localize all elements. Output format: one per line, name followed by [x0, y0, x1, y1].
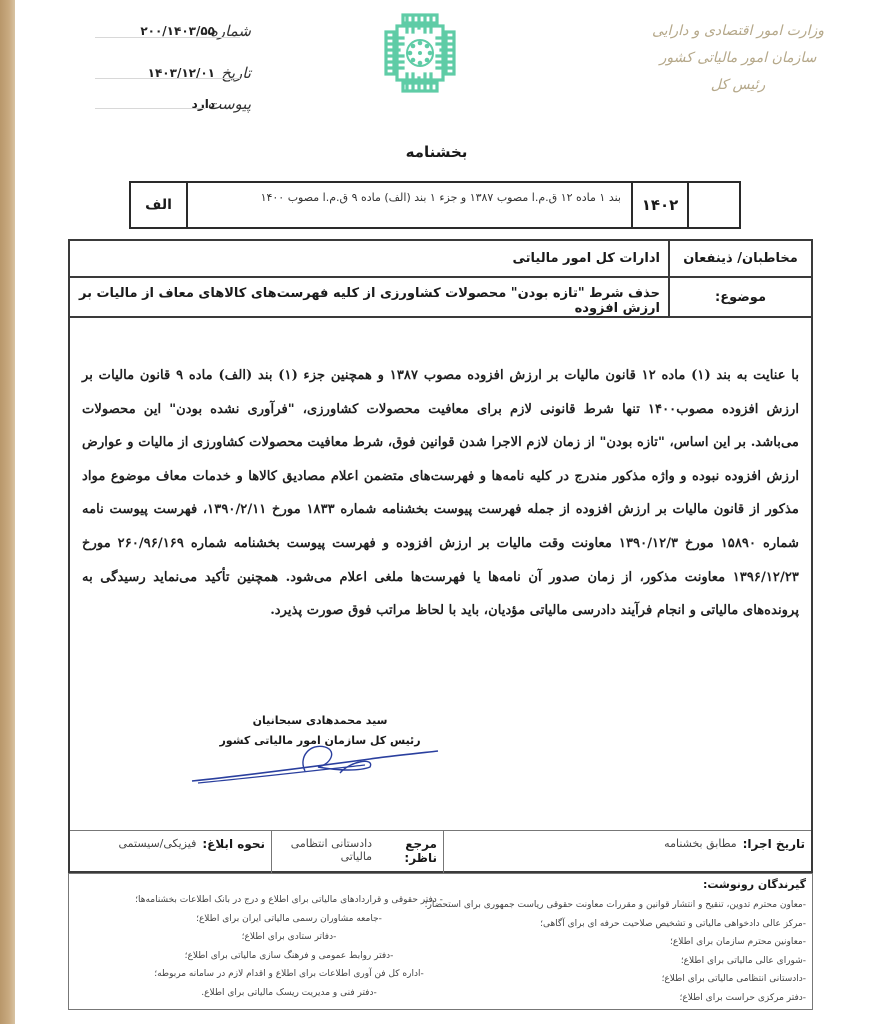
code-legal-reference: بند ۱ ماده ۱۲ ق.م.ا مصوب ۱۳۸۷ و جزء ۱ بن…	[186, 183, 631, 227]
recipient-item: - دفتر حقوقی و قراردادهای مالیاتی برای ا…	[129, 891, 449, 910]
supervisor-value: دادستانی انتظامی مالیاتی	[272, 837, 372, 863]
circular-body: با عنایت به بند (۱) ماده ۱۲ قانون مالیات…	[82, 359, 799, 628]
supervisor-cell: مرجع ناظر: دادستانی انتظامی مالیاتی	[271, 831, 443, 874]
recipients-right-column: -معاون محترم تدوین، تنقیح و انتشار قوانی…	[446, 896, 806, 1007]
number-value: ۲۰۰/۱۴۰۳/۵۵	[140, 24, 221, 38]
tax-organization-logo-icon	[383, 12, 457, 94]
recipient-item: -معاونین محترم سازمان برای اطلاع؛	[446, 933, 806, 952]
recipient-item: -معاون محترم تدوین، تنقیح و انتشار قوانی…	[446, 896, 806, 915]
subject-value: حذف شرط "تازه بودن" محصولات کشاورزی از ک…	[70, 278, 668, 316]
delivery-method-label: نحوه ابلاغ:	[202, 837, 265, 851]
delivery-method-value: فیزیکی/سیستمی	[118, 837, 196, 850]
recipient-item: -جامعه مشاوران رسمی مالیاتی ایران برای ا…	[129, 910, 449, 929]
execution-date-label: تاریخ اجرا:	[743, 837, 805, 851]
number-underline	[95, 37, 240, 38]
ministry-line-2: سازمان امور مالیاتی کشور	[623, 45, 853, 72]
execution-date-value: مطابق بخشنامه	[664, 837, 736, 850]
attachment-label: پیوست	[221, 95, 251, 113]
recipient-item: -شورای عالی مالیاتی برای اطلاع؛	[446, 952, 806, 971]
copy-recipients-box: گیرندگان رونوشت: -معاون محترم تدوین، تنق…	[68, 873, 813, 1010]
recipient-item: -دفاتر ستادی برای اطلاع؛	[129, 928, 449, 947]
recipients-left-column: - دفتر حقوقی و قراردادهای مالیاتی برای ا…	[129, 891, 449, 1002]
recipient-item: -دفتر مرکزی حراست برای اطلاع؛	[446, 989, 806, 1008]
recipients-title: گیرندگان رونوشت:	[703, 878, 806, 891]
recipient-item: -دادستانی انتظامی مالیاتی برای اطلاع؛	[446, 970, 806, 989]
date-underline	[95, 78, 240, 79]
signatory-name: سید محمدهادی سبحانیان	[190, 711, 450, 731]
attachment-underline	[95, 108, 205, 109]
delivery-method-cell: نحوه ابلاغ: فیزیکی/سیستمی	[70, 831, 271, 874]
letter-date: تاریخ ۱۴۰۳/۱۲/۰۱	[148, 62, 251, 84]
subject-label: موضوع:	[668, 278, 811, 316]
code-category: الف	[131, 183, 186, 227]
supervisor-label: مرجع ناظر:	[378, 837, 437, 865]
code-year: ۱۴۰۲	[631, 183, 687, 227]
date-label: تاریخ	[221, 64, 251, 82]
body-paragraph: با عنایت به بند (۱) ماده ۱۲ قانون مالیات…	[82, 359, 799, 628]
code-empty-cell	[687, 183, 739, 227]
ministry-header: وزارت امور اقتصادی و دارایی سازمان امور …	[623, 18, 853, 99]
recipient-item: -مرکز عالی دادخواهی مالیاتی و تشخیص صلاح…	[446, 915, 806, 934]
circular-code-table: ۱۴۰۲ بند ۱ ماده ۱۲ ق.م.ا مصوب ۱۳۸۷ و جزء…	[129, 181, 741, 229]
recipient-item: -اداره کل فن آوری اطلاعات برای اطلاع و ا…	[129, 965, 449, 984]
ministry-line-3: رئیس کل	[623, 72, 853, 99]
document-title: بخشنامه	[0, 143, 873, 161]
letter-attachment: پیوست دارد	[192, 93, 251, 115]
signature-icon	[190, 737, 440, 787]
letter-number: شماره ۲۰۰/۱۴۰۳/۵۵	[140, 20, 251, 42]
subject-row: موضوع: حذف شرط "تازه بودن" محصولات کشاور…	[70, 278, 811, 318]
recipient-item: -دفتر روابط عمومی و فرهنگ سازی مالیاتی ب…	[129, 947, 449, 966]
addressees-row: مخاطبان/ ذینفعان ادارات کل امور مالیاتی	[70, 241, 811, 278]
recipient-item: -دفتر فنی و مدیریت ریسک مالیاتی برای اطل…	[129, 984, 449, 1003]
ministry-line-1: وزارت امور اقتصادی و دارایی	[623, 18, 853, 45]
addressees-value: ادارات کل امور مالیاتی	[70, 241, 668, 276]
circular-footer-row: تاریخ اجرا: مطابق بخشنامه مرجع ناظر: داد…	[70, 830, 811, 874]
circular-main-box: مخاطبان/ ذینفعان ادارات کل امور مالیاتی …	[68, 239, 813, 873]
execution-date-cell: تاریخ اجرا: مطابق بخشنامه	[443, 831, 811, 874]
addressees-label: مخاطبان/ ذینفعان	[668, 241, 811, 276]
